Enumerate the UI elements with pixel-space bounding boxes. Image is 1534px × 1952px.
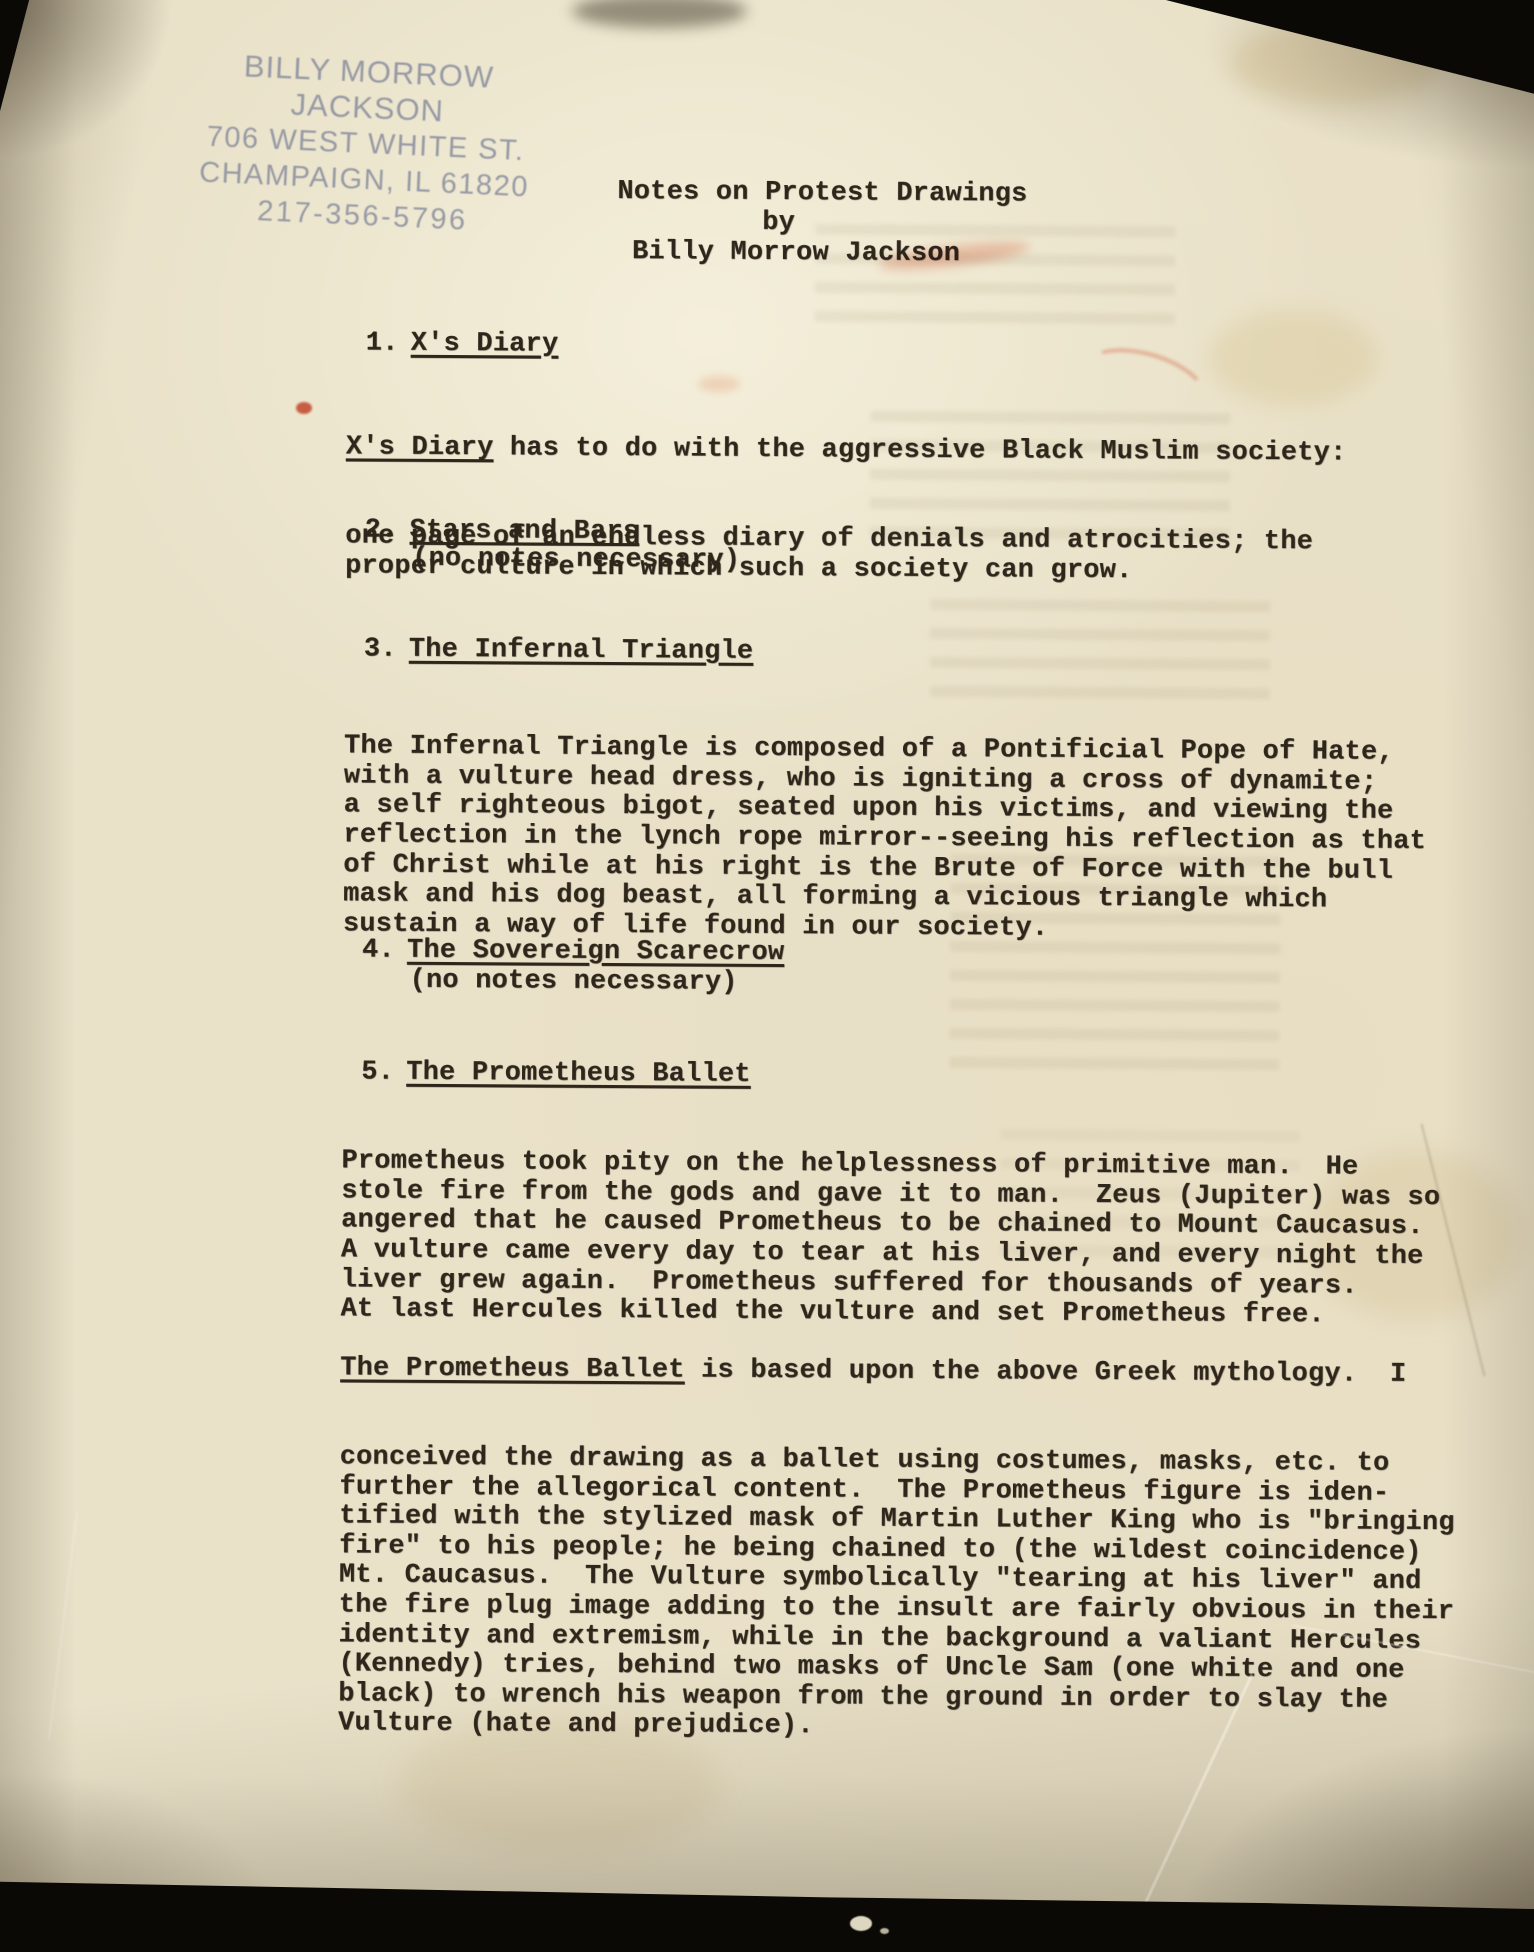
stain-foxing <box>1208 310 1378 405</box>
stain-red-dot <box>296 402 312 414</box>
text-line: The Prometheus Ballet is based upon the … <box>340 1355 1456 1391</box>
section-note: (no notes necessary) <box>409 967 737 999</box>
section-title: The Prometheus Ballet <box>406 1057 751 1089</box>
scanned-photo-background: BILLY MORROW JACKSON 706 WEST WHITE ST. … <box>0 0 1534 1952</box>
section-title: Stars and Bars <box>409 515 639 546</box>
stain-foxing <box>1230 20 1440 105</box>
section-note: (no notes necessary) <box>412 545 740 577</box>
section-number: 3. <box>364 635 409 665</box>
dust-speck <box>880 1928 889 1934</box>
section-title: The Sovereign Scarecrow <box>407 935 784 967</box>
section-number: 1. <box>366 329 411 359</box>
text-line: X's Diary has to do with the aggressive … <box>346 434 1347 470</box>
page-byline: by <box>762 209 795 239</box>
typewritten-text: Notes on Protest Drawings by Billy Morro… <box>0 0 1534 1952</box>
underlined-lead: X's Diary <box>346 433 494 464</box>
section-number: 4. <box>362 936 407 966</box>
section-title: The Infernal Triangle <box>409 634 754 666</box>
dust-speck <box>850 1916 872 1931</box>
underlined-lead: The Prometheus Ballet <box>340 1354 685 1386</box>
paragraph-lines: conceived the drawing as a ballet using … <box>338 1443 1455 1746</box>
stain-foxing <box>1310 1150 1520 1320</box>
section-number: 5. <box>361 1058 406 1088</box>
section-number: 2. <box>364 516 409 546</box>
document-page: BILLY MORROW JACKSON 706 WEST WHITE ST. … <box>0 0 1534 1952</box>
stain-pink-blob <box>698 376 740 392</box>
stain-foxing <box>400 1720 720 1850</box>
page-title: Notes on Protest Drawings <box>617 178 1027 210</box>
section-title: X's Diary <box>411 328 559 359</box>
